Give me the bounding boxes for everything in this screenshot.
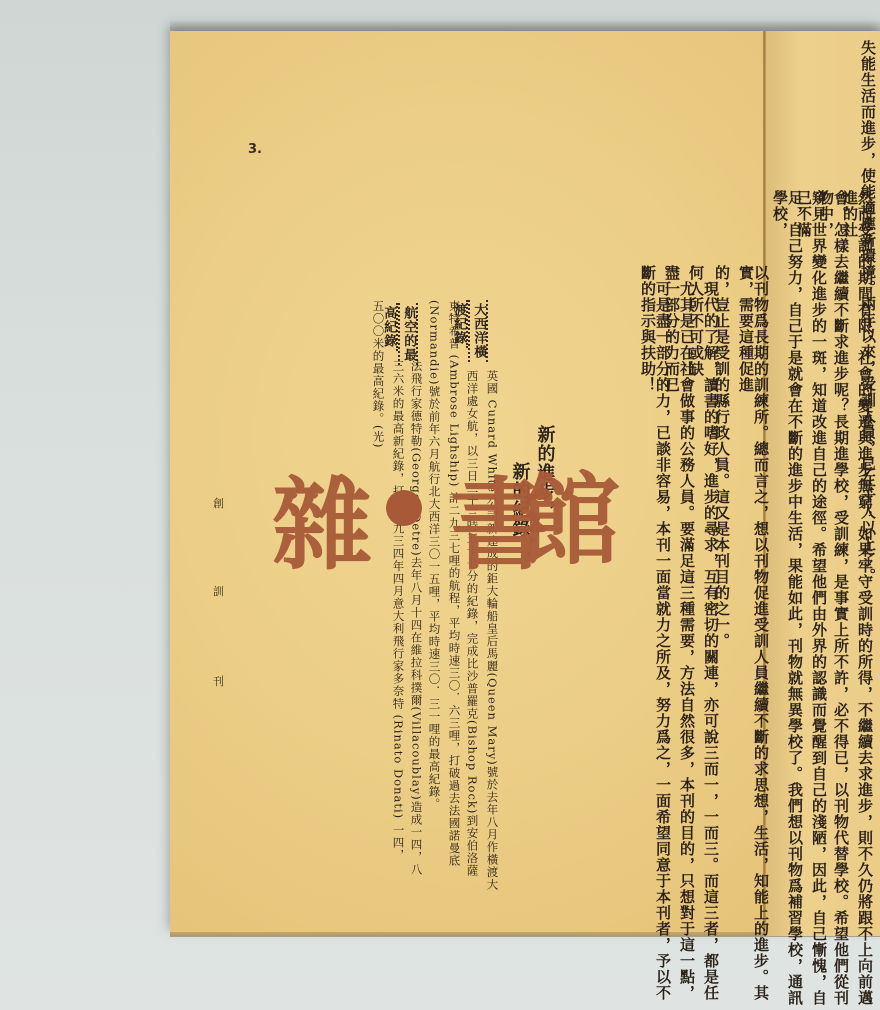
watermark-dot bbox=[386, 490, 422, 526]
record-1-title-line-1: 大西洋橫 bbox=[471, 303, 486, 359]
record-2-box-title: 航空的最 bbox=[398, 303, 418, 365]
margin-label-char-2: 訓 bbox=[213, 583, 224, 599]
watermark-char-3: 館 bbox=[520, 440, 620, 584]
record-2-line-2: 三六米的最高新紀錄，打破一九三四年四月意大利飛行家多奈特 (Rinato Don… bbox=[392, 360, 404, 861]
margin-label-char-1: 創 bbox=[213, 495, 224, 511]
watermark-char-1: 雜 bbox=[272, 445, 372, 589]
paragraph-line-1: 以刊物爲長期的訓練所。總而言之，想以刊物促進受訓人員繼續不斷的求思想，生活，知能… bbox=[738, 265, 768, 1010]
record-1-line-4: (Normandie)號於前年六月航行北大西洋三〇一五哩，平均時速三〇．三一哩的… bbox=[428, 300, 440, 810]
page-number: 3. bbox=[248, 142, 262, 157]
paragraph-line-5: 。可是盡一部分的力，已談非容易，本刊一面當就力之所及，努力爲之，一面希望同意于本… bbox=[640, 265, 670, 1010]
record-2-title-line-1: 航空的最 bbox=[401, 306, 416, 362]
margin-label-char-3: 刊 bbox=[213, 673, 224, 689]
record-1-box-title: 大西洋橫 bbox=[468, 300, 488, 362]
record-2-line-3: 五〇〇米的最高紀錄。(光) bbox=[372, 300, 384, 448]
right-page-line-4: 足，自己努力，自己于是就會在不斷的進步中生活，果能如此，刊物就無異學校了。我們想… bbox=[772, 190, 802, 1010]
record-2-line-1: 法飛行家德特勒(Georges Detre)去年八月十四在維拉科撲爾(Villa… bbox=[410, 360, 422, 876]
